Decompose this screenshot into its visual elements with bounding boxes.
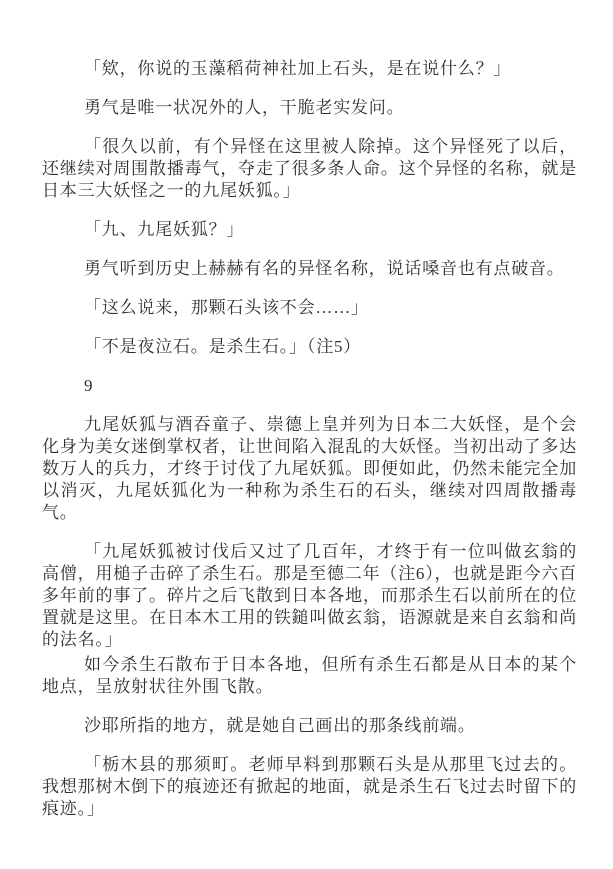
- novel-text-page: 「欸，你说的玉藻稻荷神社加上石头，是在说什么？」 勇气是唯一状况外的人，干脆老实…: [0, 0, 613, 869]
- dialogue-paragraph: 「很久以前，有个异怪在这里被人除掉。这个异怪死了以后，还继续对周围散播毒气，夺走…: [42, 136, 577, 202]
- dialogue-paragraph: 「栃木县的那须町。老师早料到那颗石头是从那里飞过去的。我想那树木倒下的痕迹还有掀…: [42, 754, 577, 820]
- narration-paragraph: 勇气是唯一状况外的人，干脆老实发问。: [42, 97, 577, 119]
- narration-paragraph: 勇气听到历史上赫赫有名的异怪名称，说话嗓音也有点破音。: [42, 258, 577, 280]
- dialogue-paragraph: 「九尾妖狐被讨伐后又过了几百年，才终于有一位叫做玄翁的高僧，用槌子击碎了杀生石。…: [42, 541, 577, 651]
- narration-paragraph: 沙耶所指的地方，就是她自己画出的那条线前端。: [42, 715, 577, 737]
- narration-paragraph: 如今杀生石散布于日本各地，但所有杀生石都是从日本的某个地点，呈放射状往外围飞散。: [42, 654, 577, 698]
- dialogue-paragraph: 「九、九尾妖狐？」: [42, 219, 577, 241]
- narration-paragraph: 九尾妖狐与酒吞童子、崇德上皇并列为日本二大妖怪，是个会化身为美女迷倒掌权者，让世…: [42, 414, 577, 524]
- section-number: 9: [42, 375, 577, 397]
- dialogue-paragraph: 「这么说来，那颗石头该不会……」: [42, 297, 577, 319]
- dialogue-paragraph: 「欸，你说的玉藻稻荷神社加上石头，是在说什么？」: [42, 58, 577, 80]
- dialogue-paragraph: 「不是夜泣石。是杀生石。」（注5）: [42, 336, 577, 358]
